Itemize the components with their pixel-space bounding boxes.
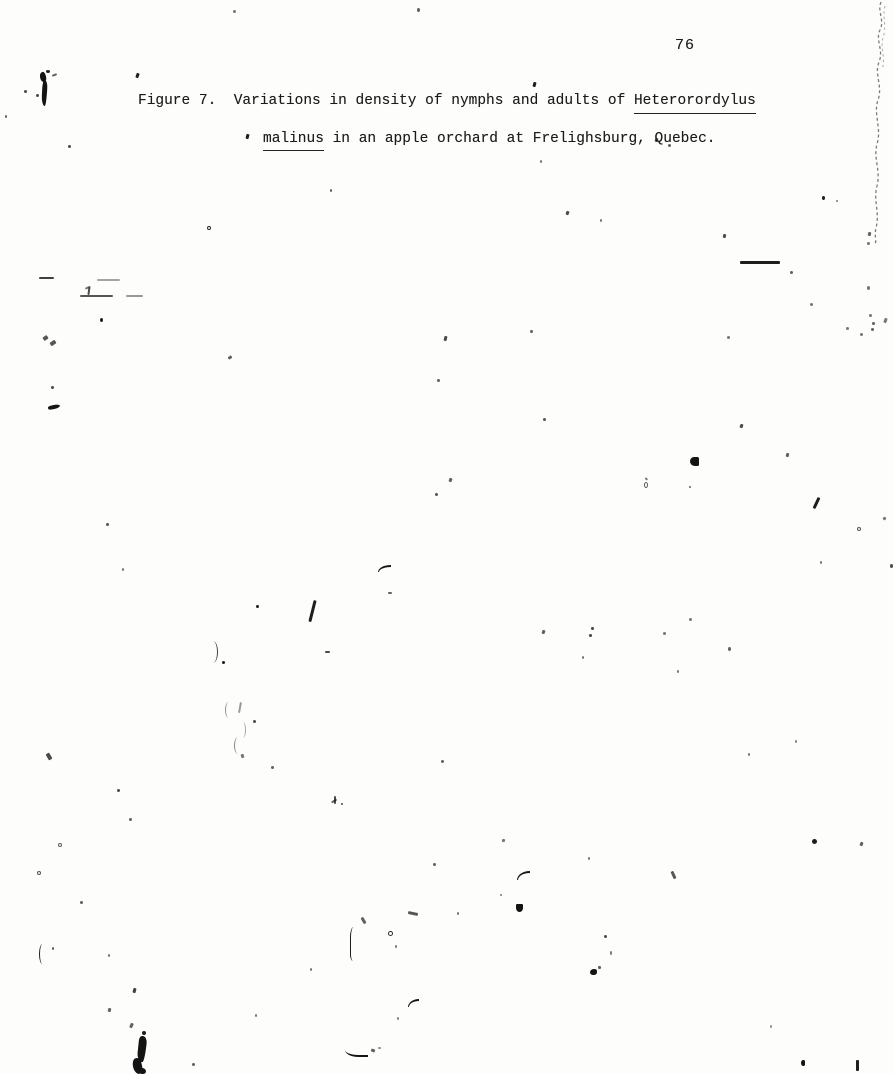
scan-speck (690, 457, 699, 466)
scan-speck (795, 740, 797, 743)
scan-speck (517, 871, 530, 880)
scan-speck (801, 1060, 805, 1066)
scan-speck (255, 1014, 257, 1017)
scan-speck (588, 857, 590, 860)
scan-speck (540, 160, 542, 163)
scan-speck (256, 605, 259, 608)
scan-speck (41, 80, 47, 106)
scan-speck (234, 737, 242, 754)
scan-speck (51, 386, 54, 389)
scan-speck (748, 753, 750, 756)
scan-speck (397, 1017, 399, 1020)
scan-speck (253, 720, 256, 723)
scan-speck (80, 295, 113, 297)
scan-speck (378, 1047, 381, 1049)
scan-speck (610, 951, 612, 955)
scan-speck (117, 789, 120, 792)
scan-speck (360, 917, 366, 925)
scan-speck (437, 379, 440, 382)
scan-speck (208, 641, 218, 663)
caption-line-1: Figure 7.Variations in density of nymphs… (138, 92, 756, 114)
scan-speck (433, 863, 436, 866)
caption-line-2: malinusin an apple orchard at Frelighsbu… (263, 130, 756, 152)
scan-speck (457, 912, 459, 915)
scan-speck (860, 333, 863, 336)
figure-label: Figure 7. (138, 92, 216, 111)
scan-speck (872, 322, 875, 325)
scan-speck (857, 527, 861, 531)
scan-speck (443, 336, 447, 342)
scan-speck (135, 73, 140, 79)
margin-handwriting-smudge (867, 0, 891, 245)
scan-speck (122, 568, 124, 571)
scan-speck (207, 226, 211, 230)
scan-speck (645, 477, 648, 480)
scan-speck (225, 702, 232, 718)
scan-speck (222, 661, 225, 664)
scan-speck (582, 656, 584, 659)
scan-speck (812, 839, 817, 844)
scan-speck (36, 94, 39, 97)
genus-name-underlined: Heterorordylus (634, 92, 756, 114)
scan-speck (532, 82, 536, 88)
scan-speck (238, 702, 241, 713)
scan-speck (677, 670, 679, 673)
scan-speck (378, 565, 391, 572)
scan-speck (371, 1048, 376, 1052)
scan-speck (97, 279, 120, 281)
scan-speck (388, 931, 393, 936)
scan-speck (786, 453, 790, 458)
scan-speck (42, 335, 48, 341)
scan-speck (80, 901, 83, 904)
scan-speck (836, 200, 838, 202)
scan-speck (49, 340, 56, 347)
scan-speck (52, 73, 57, 77)
scan-speck (871, 328, 874, 331)
scan-speck (330, 189, 332, 192)
scan-speck (37, 871, 41, 875)
scan-speck (590, 969, 597, 975)
scan-speck (813, 497, 821, 509)
scan-speck (739, 424, 743, 429)
scan-speck (728, 647, 731, 651)
scan-speck (345, 1050, 368, 1057)
scan-speck (39, 277, 54, 279)
scan-speck (435, 493, 438, 496)
scan-speck (417, 8, 420, 12)
scan-speck (867, 286, 870, 290)
scan-speck (108, 1008, 112, 1013)
scan-speck (589, 634, 592, 637)
scan-speck (39, 944, 46, 964)
scan-speck (350, 927, 356, 961)
scan-speck (820, 561, 822, 564)
scan-speck (48, 404, 61, 410)
scan-speck (790, 271, 793, 274)
scan-speck (240, 754, 244, 759)
scan-speck (139, 1068, 146, 1074)
scan-speck (106, 523, 109, 526)
scan-speck (604, 935, 607, 938)
scan-speck (142, 1031, 146, 1035)
scan-speck (388, 592, 392, 594)
scanned-document-page: 76 Figure 7.Variations in density of nym… (0, 0, 893, 1074)
scan-speck (598, 966, 602, 970)
scan-speck (310, 968, 312, 971)
scan-speck (516, 904, 523, 912)
scan-speck (869, 314, 872, 317)
scan-speck (740, 261, 780, 264)
scan-speck (341, 803, 343, 805)
scan-speck (565, 211, 569, 216)
scan-speck (46, 752, 53, 760)
scan-speck (883, 318, 888, 324)
scan-speck (395, 945, 397, 948)
scan-speck (856, 1060, 859, 1071)
scan-speck (192, 1063, 195, 1066)
scan-speck (810, 303, 813, 306)
scan-speck (408, 999, 419, 1007)
species-name-underlined: malinus (263, 130, 324, 152)
caption-text-line-1: Variations in density of nymphs and adul… (234, 92, 626, 111)
scan-speck (502, 839, 506, 843)
scan-speck (100, 318, 103, 322)
scan-speck (126, 295, 143, 297)
scan-speck (52, 947, 54, 950)
scan-speck (846, 327, 849, 330)
scan-speck (670, 871, 676, 880)
scan-speck (541, 630, 545, 635)
scan-speck (228, 355, 233, 360)
scan-speck (882, 516, 886, 520)
scan-speck (644, 482, 648, 488)
scan-speck (129, 818, 132, 821)
scan-speck (543, 418, 546, 421)
scan-speck (591, 627, 594, 630)
scan-speck (727, 336, 730, 339)
scan-speck (408, 911, 418, 916)
scan-speck (46, 70, 50, 73)
scan-speck (129, 1023, 134, 1029)
scan-speck (308, 600, 316, 622)
scan-speck (441, 760, 444, 763)
scan-speck (24, 90, 27, 93)
scan-speck (240, 722, 246, 738)
scan-speck (271, 766, 274, 769)
figure-caption: Figure 7.Variations in density of nymphs… (138, 92, 756, 151)
scan-speck (132, 988, 136, 994)
scan-speck (500, 894, 502, 896)
scan-speck (822, 196, 825, 200)
scan-speck (859, 842, 863, 847)
scan-speck (233, 10, 236, 13)
scan-speck (68, 145, 71, 148)
scan-speck (867, 242, 870, 245)
scan-speck (770, 1025, 772, 1028)
scan-speck (689, 486, 691, 488)
scan-speck (530, 330, 533, 333)
scan-speck (600, 219, 602, 222)
scan-speck (663, 632, 666, 635)
scan-speck (668, 144, 671, 147)
scan-speck (325, 651, 330, 653)
page-number: 76 (675, 37, 695, 54)
scan-speck (723, 234, 727, 239)
scan-speck (448, 478, 452, 483)
scan-speck (58, 843, 62, 847)
scan-speck (5, 115, 7, 118)
scan-speck (689, 618, 692, 621)
scan-speck (108, 954, 110, 957)
